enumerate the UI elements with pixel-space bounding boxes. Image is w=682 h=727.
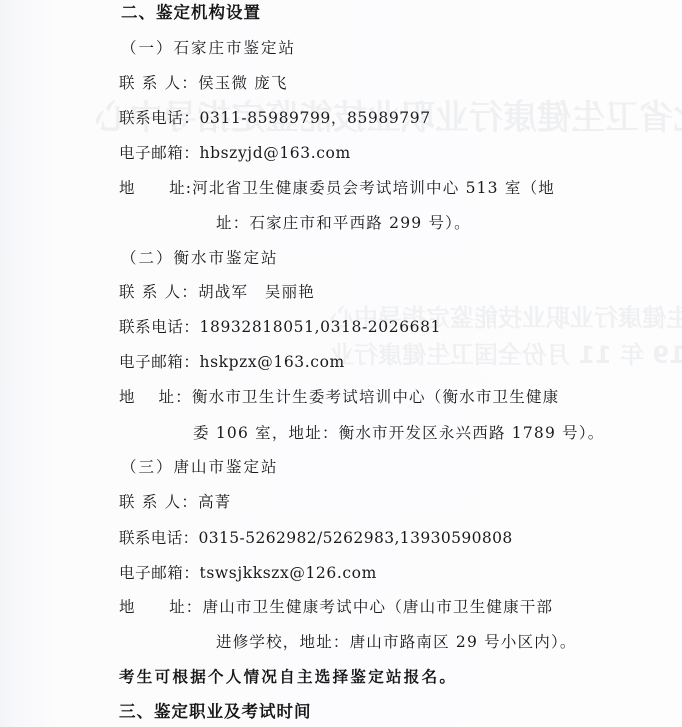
station-title-shijiazhuang: （一）石家庄市鉴定站 xyxy=(121,38,296,58)
email-row-shijiazhuang: 电子邮箱：hbszyjd@163.com xyxy=(119,143,351,163)
bleed-through-text-3: 关于开展 2019 年 11 月份全国卫生健康行业 xyxy=(330,335,682,370)
address-row-shijiazhuang: 地 址:河北省卫生健康委员会考试培训中心 513 室（地 xyxy=(119,178,555,198)
station-title-hengshui: （二）衡水市鉴定站 xyxy=(121,248,279,268)
phone-value: 0311-85989799，85989797 xyxy=(200,109,431,127)
email-value[interactable]: tswsjkkszx@126.com xyxy=(200,564,377,582)
address-label: 地 址: xyxy=(119,178,192,198)
contact-value: 胡战军 吴丽艳 xyxy=(198,283,315,301)
address-value-line2-hengshui: 委 106 室，地址：衡水市开发区永兴西路 1789 号）。 xyxy=(193,423,605,443)
address-value-line1: 河北省卫生健康委员会考试培训中心 513 室（地 xyxy=(192,179,555,197)
contact-row-hengshui: 联 系 人：胡战军 吴丽艳 xyxy=(119,282,315,302)
address-value-line1: 衡水市卫生计生委考试培训中心（衡水市卫生健康 xyxy=(192,388,559,406)
phone-label: 联系电话： xyxy=(119,528,199,548)
phone-value: 0315-5262982/5262983,13930590808 xyxy=(199,529,513,547)
email-row-hengshui: 电子邮箱：hskpzx@163.com xyxy=(119,352,345,372)
scanned-document-page: 河北省卫生健康行业职业技能鉴定指导中心 河北省卫生健康行业职业技能鉴定指导中心 … xyxy=(0,0,682,727)
contact-label: 联 系 人： xyxy=(119,282,198,302)
phone-label: 联系电话： xyxy=(119,108,200,128)
section-heading-occupations: 三、鉴定职业及考试时间 xyxy=(119,702,312,722)
section-heading-institutions: 二、鉴定机构设置 xyxy=(121,3,261,23)
contact-row-tangshan: 联 系 人：高菁 xyxy=(119,492,231,512)
contact-label: 联 系 人： xyxy=(119,492,198,512)
address-label: 地 址： xyxy=(119,597,203,617)
email-label: 电子邮箱： xyxy=(119,352,200,372)
email-label: 电子邮箱： xyxy=(119,143,200,163)
address-row-tangshan: 地 址：唐山市卫生健康考试中心（唐山市卫生健康干部 xyxy=(119,597,553,617)
station-title-tangshan: （三）唐山市鉴定站 xyxy=(121,457,279,477)
contact-row-shijiazhuang: 联 系 人：侯玉微 庞飞 xyxy=(119,73,288,93)
email-value[interactable]: hbszyjd@163.com xyxy=(200,144,351,162)
address-label: 地 址： xyxy=(119,387,192,407)
phone-row-hengshui: 联系电话：18932818051,0318-2026681 xyxy=(119,317,441,337)
phone-row-tangshan: 联系电话：0315-5262982/5262983,13930590808 xyxy=(119,528,513,548)
contact-value: 高菁 xyxy=(198,493,231,511)
address-value-line2-tangshan: 进修学校，地址：唐山市路南区 29 号小区内）。 xyxy=(216,632,577,652)
address-row-hengshui: 地 址：衡水市卫生计生委考试培训中心（衡水市卫生健康 xyxy=(119,387,559,407)
registration-note: 考生可根据个人情况自主选择鉴定站报名。 xyxy=(119,667,457,687)
phone-value: 18932818051,0318-2026681 xyxy=(200,318,442,336)
email-value[interactable]: hskpzx@163.com xyxy=(200,353,345,371)
email-label: 电子邮箱： xyxy=(119,563,200,583)
address-value-line2-shijiazhuang: 址：石家庄市和平西路 299 号）。 xyxy=(216,213,471,233)
email-row-tangshan: 电子邮箱：tswsjkkszx@126.com xyxy=(119,563,377,583)
contact-value: 侯玉微 庞飞 xyxy=(198,74,288,92)
contact-label: 联 系 人： xyxy=(119,73,198,93)
phone-label: 联系电话： xyxy=(119,317,200,337)
address-value-line1: 唐山市卫生健康考试中心（唐山市卫生健康干部 xyxy=(203,598,554,616)
phone-row-shijiazhuang: 联系电话：0311-85989799，85989797 xyxy=(119,108,431,128)
